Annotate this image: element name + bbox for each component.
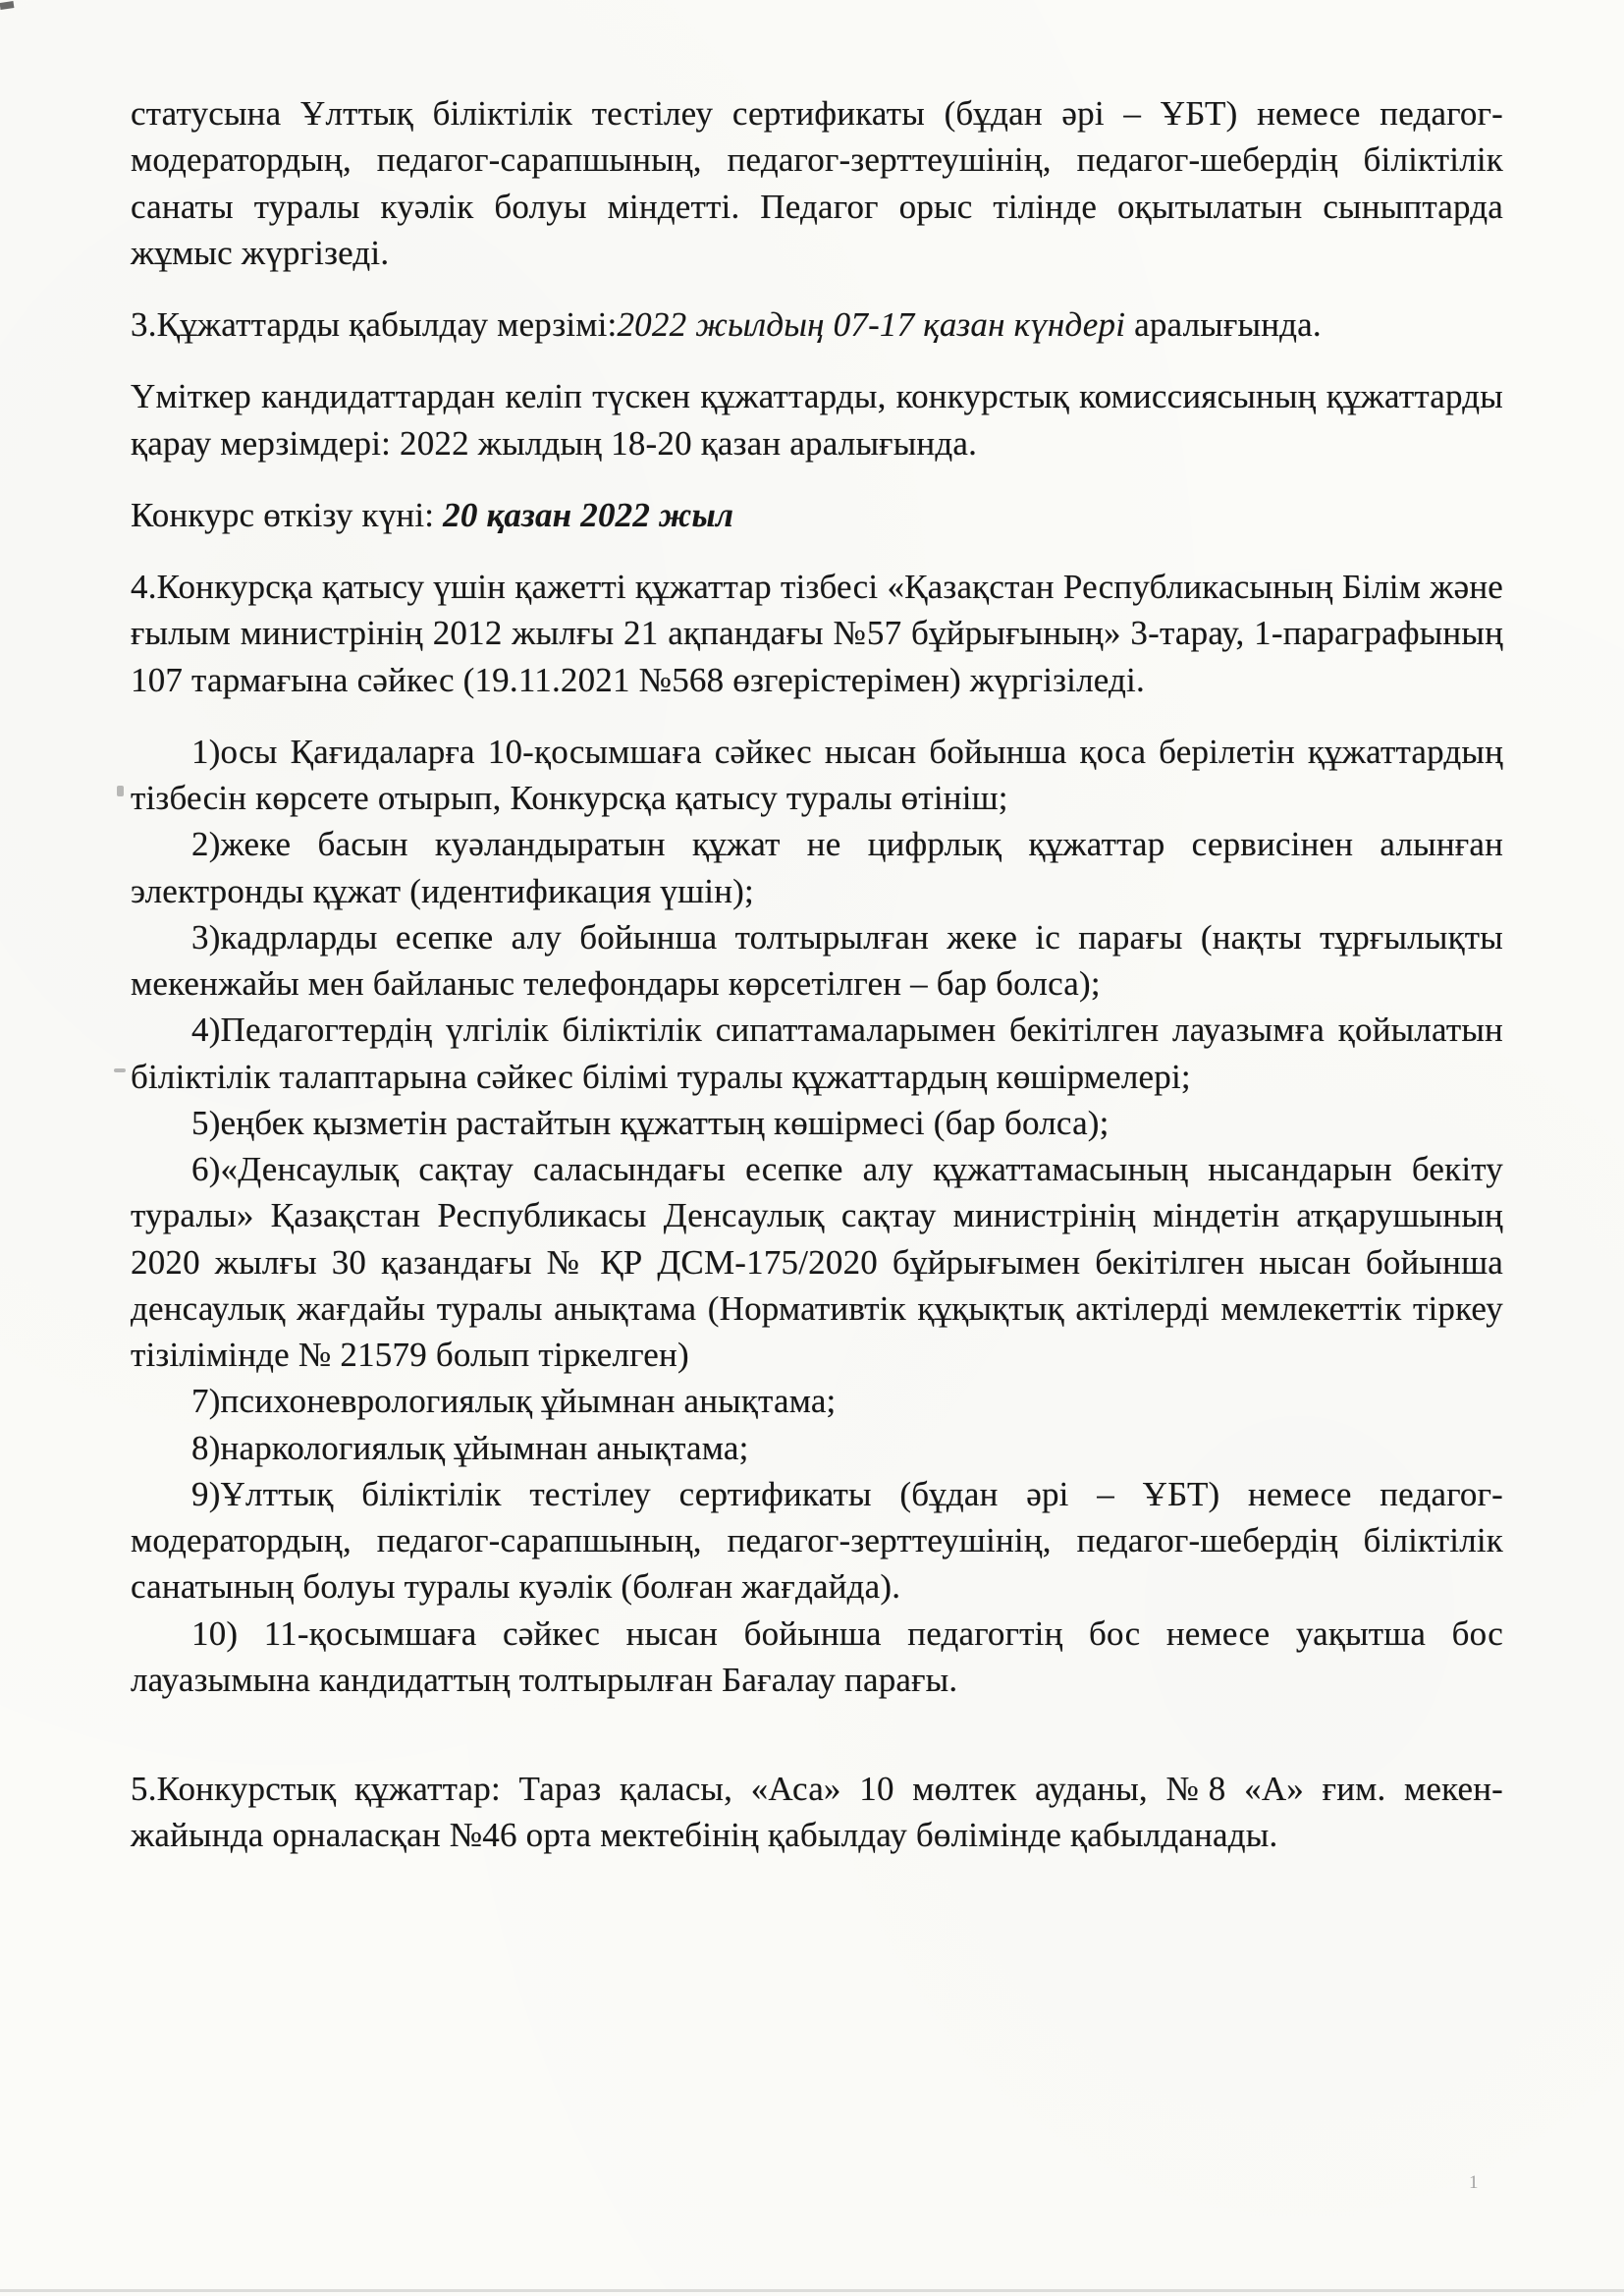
list-item: 10) 11-қосымшаға сәйкес нысан бойынша пе…	[131, 1611, 1503, 1704]
text-run: 4.Конкурсқа қатысу үшін қажетті құжаттар…	[131, 568, 1503, 699]
paragraph: Үміткер кандидаттардан келіп түскен құжа…	[131, 373, 1503, 466]
paragraph: статусына Ұлттық біліктілік тестілеу сер…	[131, 90, 1503, 276]
scan-artifact-corner	[0, 1, 14, 10]
scan-artifact-speck	[114, 1068, 126, 1072]
list-item: 2)жеке басын куәландыратын құжат не цифр…	[131, 821, 1503, 914]
text-run: статусына Ұлттық біліктілік тестілеу сер…	[131, 94, 1503, 272]
text-run: 3)кадрларды есепке алу бойынша толтырылғ…	[131, 918, 1503, 1003]
text-run: Конкурс өткізу күні:	[131, 496, 443, 534]
text-run: 7)психоневрологиялық ұйымнан анықтама;	[191, 1382, 836, 1420]
text-run: 10) 11-қосымшаға сәйкес нысан бойынша пе…	[131, 1614, 1503, 1699]
text-run: 1)осы Қағидаларға 10-қосымшаға сәйкес ны…	[131, 733, 1503, 817]
page-number: 1	[1469, 2172, 1479, 2194]
list-item: 4)Педагогтердің үлгілік біліктілік сипат…	[131, 1007, 1503, 1100]
paragraph: Конкурс өткізу күні: 20 қазан 2022 жыл	[131, 492, 1503, 538]
list-item: 3)кадрларды есепке алу бойынша толтырылғ…	[131, 914, 1503, 1008]
text-run: 20 қазан 2022 жыл	[443, 496, 733, 534]
list-item: 6)«Денсаулық сақтау саласындағы есепке а…	[131, 1146, 1503, 1378]
list-item: 1)осы Қағидаларға 10-қосымшаға сәйкес ны…	[131, 729, 1503, 822]
list-item: 9)Ұлттық біліктілік тестілеу сертификаты…	[131, 1471, 1503, 1611]
paragraph: 4.Конкурсқа қатысу үшін қажетті құжаттар…	[131, 564, 1503, 703]
paragraph: 3.Құжаттарды қабылдау мерзімі:2022 жылды…	[131, 301, 1503, 348]
text-run: 2022 жылдың 07-17 қазан күндері	[617, 305, 1125, 344]
scan-artifact-speck	[117, 786, 124, 796]
text-run: 9)Ұлттық біліктілік тестілеу сертификаты…	[131, 1475, 1503, 1607]
list-item: 7)психоневрологиялық ұйымнан анықтама;	[131, 1378, 1503, 1424]
text-run: 3.Құжаттарды қабылдау мерзімі:	[131, 305, 617, 344]
text-run: 5.Конкурстық құжаттар: Тараз қаласы, «Ас…	[131, 1770, 1503, 1854]
text-run: 4)Педагогтердің үлгілік біліктілік сипат…	[131, 1011, 1503, 1095]
document-body: статусына Ұлттық біліктілік тестілеу сер…	[131, 90, 1503, 1885]
list-item: 8)наркологиялық ұйымнан анықтама;	[131, 1425, 1503, 1471]
text-run: 6)«Денсаулық сақтау саласындағы есепке а…	[131, 1150, 1503, 1374]
text-run: 2)жеке басын куәландыратын құжат не цифр…	[131, 825, 1503, 909]
paragraph: 5.Конкурстық құжаттар: Тараз қаласы, «Ас…	[131, 1766, 1503, 1859]
scanned-page: статусына Ұлттық біліктілік тестілеу сер…	[0, 0, 1624, 2296]
list-item: 5)еңбек қызметін растайтын құжаттың көші…	[131, 1100, 1503, 1146]
text-run: 8)наркологиялық ұйымнан анықтама;	[191, 1429, 749, 1467]
text-run: 5)еңбек қызметін растайтын құжаттың көші…	[191, 1104, 1110, 1142]
text-run: Үміткер кандидаттардан келіп түскен құжа…	[131, 377, 1503, 462]
scan-edge-line	[0, 2289, 1624, 2292]
text-run: аралығында.	[1125, 305, 1322, 344]
